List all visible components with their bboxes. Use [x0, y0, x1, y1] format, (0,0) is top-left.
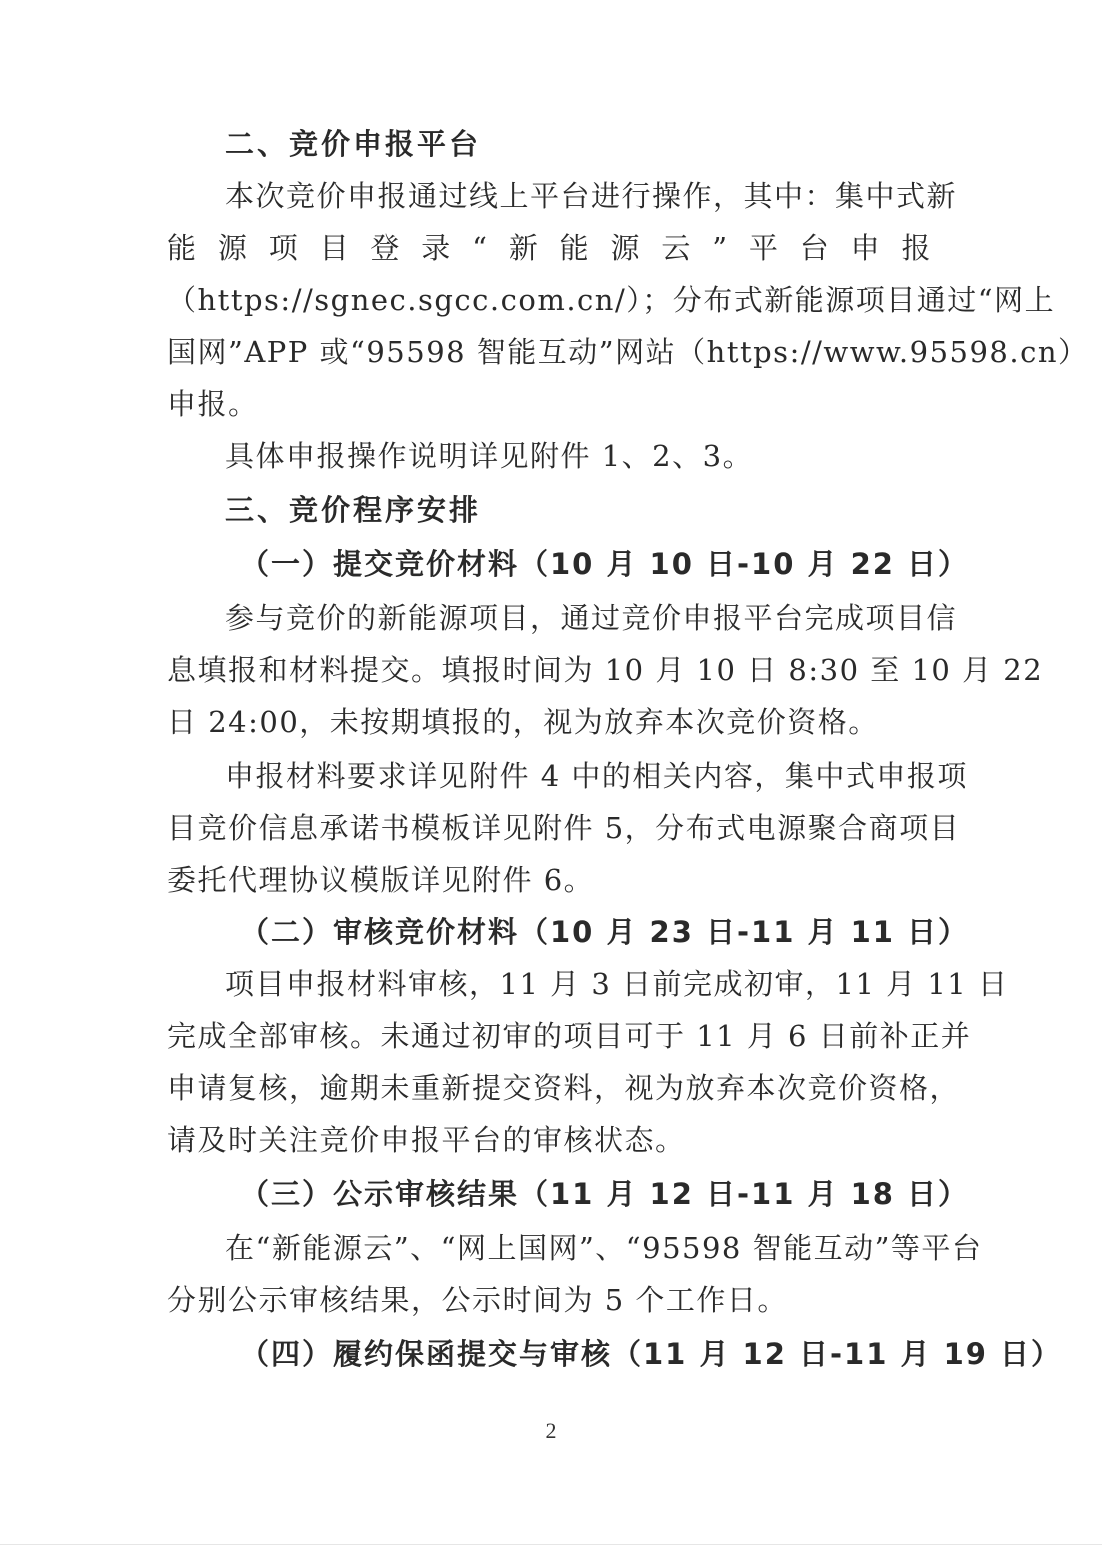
paragraph-line: 项目申报材料审核，11 月 3 日前完成初审，11 月 11 日: [225, 966, 932, 1002]
paragraph-line: 本次竞价申报通过线上平台进行操作，其中：集中式新: [225, 178, 932, 214]
paragraph-line: 申报。: [167, 386, 932, 422]
paragraph-line: 完成全部审核。未通过初审的项目可于 11 月 6 日前补正并: [167, 1018, 932, 1054]
paragraph-line: 分别公示审核结果，公示时间为 5 个工作日。: [167, 1282, 932, 1318]
paragraph-line: 日 24:00，未按期填报的，视为放弃本次竞价资格。: [167, 704, 932, 740]
paragraph-line: 在“新能源云”、“网上国网”、“95598 智能互动”等平台: [225, 1230, 932, 1266]
subsection-title-submit: （一）提交竞价材料（10 月 10 日-10 月 22 日）: [240, 546, 1005, 582]
paragraph-line: 息填报和材料提交。填报时间为 10 月 10 日 8:30 至 10 月 22: [167, 652, 932, 688]
paragraph-line: 申报材料要求详见附件 4 中的相关内容，集中式申报项: [225, 758, 932, 794]
page-number: 2: [0, 1418, 1102, 1444]
paragraph-line: 目竞价信息承诺书模板详见附件 5，分布式电源聚合商项目: [167, 810, 932, 846]
paragraph-line: 具体申报操作说明详见附件 1、2、3。: [225, 438, 932, 474]
paragraph-line: 请及时关注竞价申报平台的审核状态。: [167, 1122, 932, 1158]
section-heading-platform: 二、竞价申报平台: [225, 126, 932, 162]
section-heading-schedule: 三、竞价程序安排: [225, 492, 932, 528]
paragraph-line: 申请复核，逾期未重新提交资料，视为放弃本次竞价资格，: [167, 1070, 932, 1106]
paragraph-line: 能源项目登录“新能源云”平台申报: [167, 230, 932, 266]
subsection-title-guarantee: （四）履约保函提交与审核（11 月 12 日-11 月 19 日）: [240, 1336, 1005, 1372]
paragraph-line: 委托代理协议模版详见附件 6。: [167, 862, 932, 898]
paragraph-line-url: 国网”APP 或“95598 智能互动”网站（https://www.95598…: [167, 334, 932, 370]
scan-edge-divider: [0, 1544, 1102, 1545]
subsection-title-review: （二）审核竞价材料（10 月 23 日-11 月 11 日）: [240, 914, 1005, 950]
paragraph-line: 参与竞价的新能源项目，通过竞价申报平台完成项目信: [225, 600, 932, 636]
document-page: 二、竞价申报平台 本次竞价申报通过线上平台进行操作，其中：集中式新 能源项目登录…: [0, 0, 1102, 1559]
subsection-title-publicity: （三）公示审核结果（11 月 12 日-11 月 18 日）: [240, 1176, 1005, 1212]
paragraph-line-url: （https://sgnec.sgcc.com.cn/）；分布式新能源项目通过“…: [167, 282, 932, 318]
